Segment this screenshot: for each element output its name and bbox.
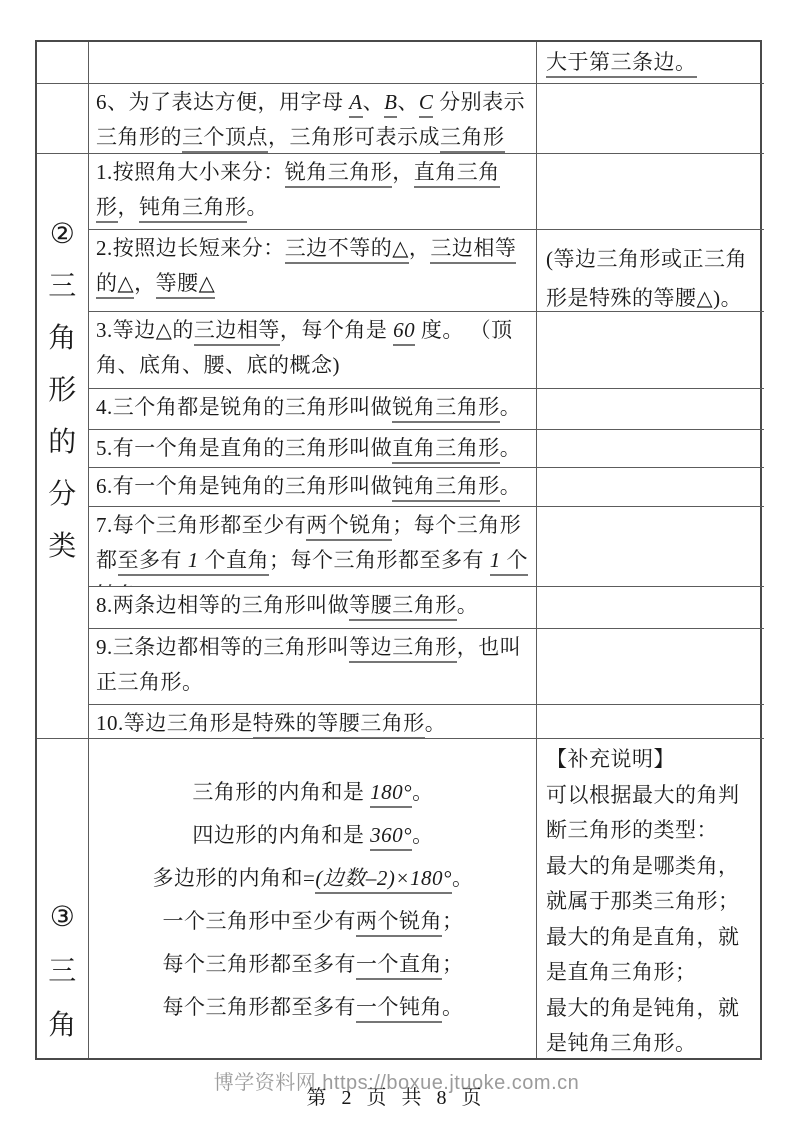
section3-label-cell: ③ 三角: [37, 739, 89, 1058]
classification-item-10: 10.等边三角形是特殊的等腰三角形。: [89, 705, 537, 739]
classification-item-4: 4.三个角都是锐角的三角形叫做锐角三角形。: [89, 389, 537, 430]
supplement-line-2: 最大的角是哪类角，就属于那类三角形；: [546, 849, 756, 920]
supplement-title: 【补充说明】: [546, 742, 756, 778]
classification-item-7: 7.每个三角形都至少有两个锐角；每个三角形都至多有 1 个直角；每个三角形都至多…: [89, 507, 537, 587]
angle-sum-facts-cell: 三角形的内角和是 180°。 四边形的内角和是 360°。 多边形的内角和=(边…: [89, 739, 537, 1058]
supplement-line-4: 最大的角是钝角，就是钝角三角形。: [546, 991, 756, 1059]
note-cell-empty: [537, 705, 764, 739]
classification-item-1: 1.按照角大小来分：锐角三角形，直角三角形，钝角三角形。: [89, 154, 537, 230]
classification-item-8: 8.两条边相等的三角形叫做等腰三角形。: [89, 587, 537, 629]
section2-circled-number: ②: [50, 209, 76, 261]
page-number: 第 2 页 共 8 页: [0, 1081, 793, 1110]
fact-quad-angle-sum: 四边形的内角和是 360°。: [96, 814, 530, 857]
section2-vertical-title: 三角形的分类: [46, 261, 78, 573]
note-cell-empty: [537, 154, 764, 230]
document-page: 大于第三条边。 6、为了表达方便，用字母 A、B、C 分别表示三角形的三个顶点，…: [0, 0, 793, 1122]
label-cell-empty: [37, 42, 89, 84]
label-cell-empty: [37, 84, 89, 154]
note-cell-empty: [537, 507, 764, 587]
supplement-line-3: 最大的角是直角，就是直角三角形；: [546, 920, 756, 991]
note-cell-empty: [537, 468, 764, 507]
section3-vertical-title: 三角: [46, 945, 78, 1053]
note-cell-empty: [537, 430, 764, 468]
classification-item-5: 5.有一个角是直角的三角形叫做直角三角形。: [89, 430, 537, 468]
supplement-line-1: 可以根据最大的角判断三角形的类型：: [546, 778, 756, 849]
note-cell-empty: [537, 312, 764, 389]
classification-item-6: 6.有一个角是钝角的三角形叫做钝角三角形。: [89, 468, 537, 507]
fact-at-most-obtuse: 每个三角形都至多有一个钝角。: [96, 986, 530, 1029]
notes-table: 大于第三条边。 6、为了表达方便，用字母 A、B、C 分别表示三角形的三个顶点，…: [35, 40, 762, 1060]
classification-item-3: 3.等边△的三边相等，每个角是 60 度。 （顶角、底角、腰、底的概念): [89, 312, 537, 389]
equilateral-note-cell: (等边三角形或正三角形是特殊的等腰△)。: [537, 230, 764, 312]
item6-naming-cell: 6、为了表达方便，用字母 A、B、C 分别表示三角形的三个顶点，三角形可表示成三…: [89, 84, 537, 154]
section2-label-cell: ② 三角形的分类: [37, 154, 89, 739]
carryover-text-cell: 大于第三条边。: [537, 42, 764, 84]
note-cell-empty: [537, 389, 764, 430]
content-cell-empty: [89, 42, 537, 84]
section3-circled-number: ③: [50, 891, 76, 945]
note-cell-empty: [537, 84, 764, 154]
supplementary-note-cell: 【补充说明】 可以根据最大的角判断三角形的类型： 最大的角是哪类角，就属于那类三…: [537, 739, 764, 1058]
note-cell-empty: [537, 587, 764, 629]
note-cell-empty: [537, 629, 764, 705]
fact-triangle-angle-sum: 三角形的内角和是 180°。: [96, 771, 530, 814]
classification-item-9: 9.三条边都相等的三角形叫等边三角形，也叫正三角形。: [89, 629, 537, 705]
fact-at-least-acute: 一个三角形中至少有两个锐角；: [96, 900, 530, 943]
fact-polygon-angle-sum: 多边形的内角和=(边数–2)×180°。: [96, 857, 530, 900]
classification-item-2: 2.按照边长短来分：三边不等的△，三边相等的△，等腰△: [89, 230, 537, 312]
fact-at-most-right: 每个三角形都至多有一个直角；: [96, 943, 530, 986]
